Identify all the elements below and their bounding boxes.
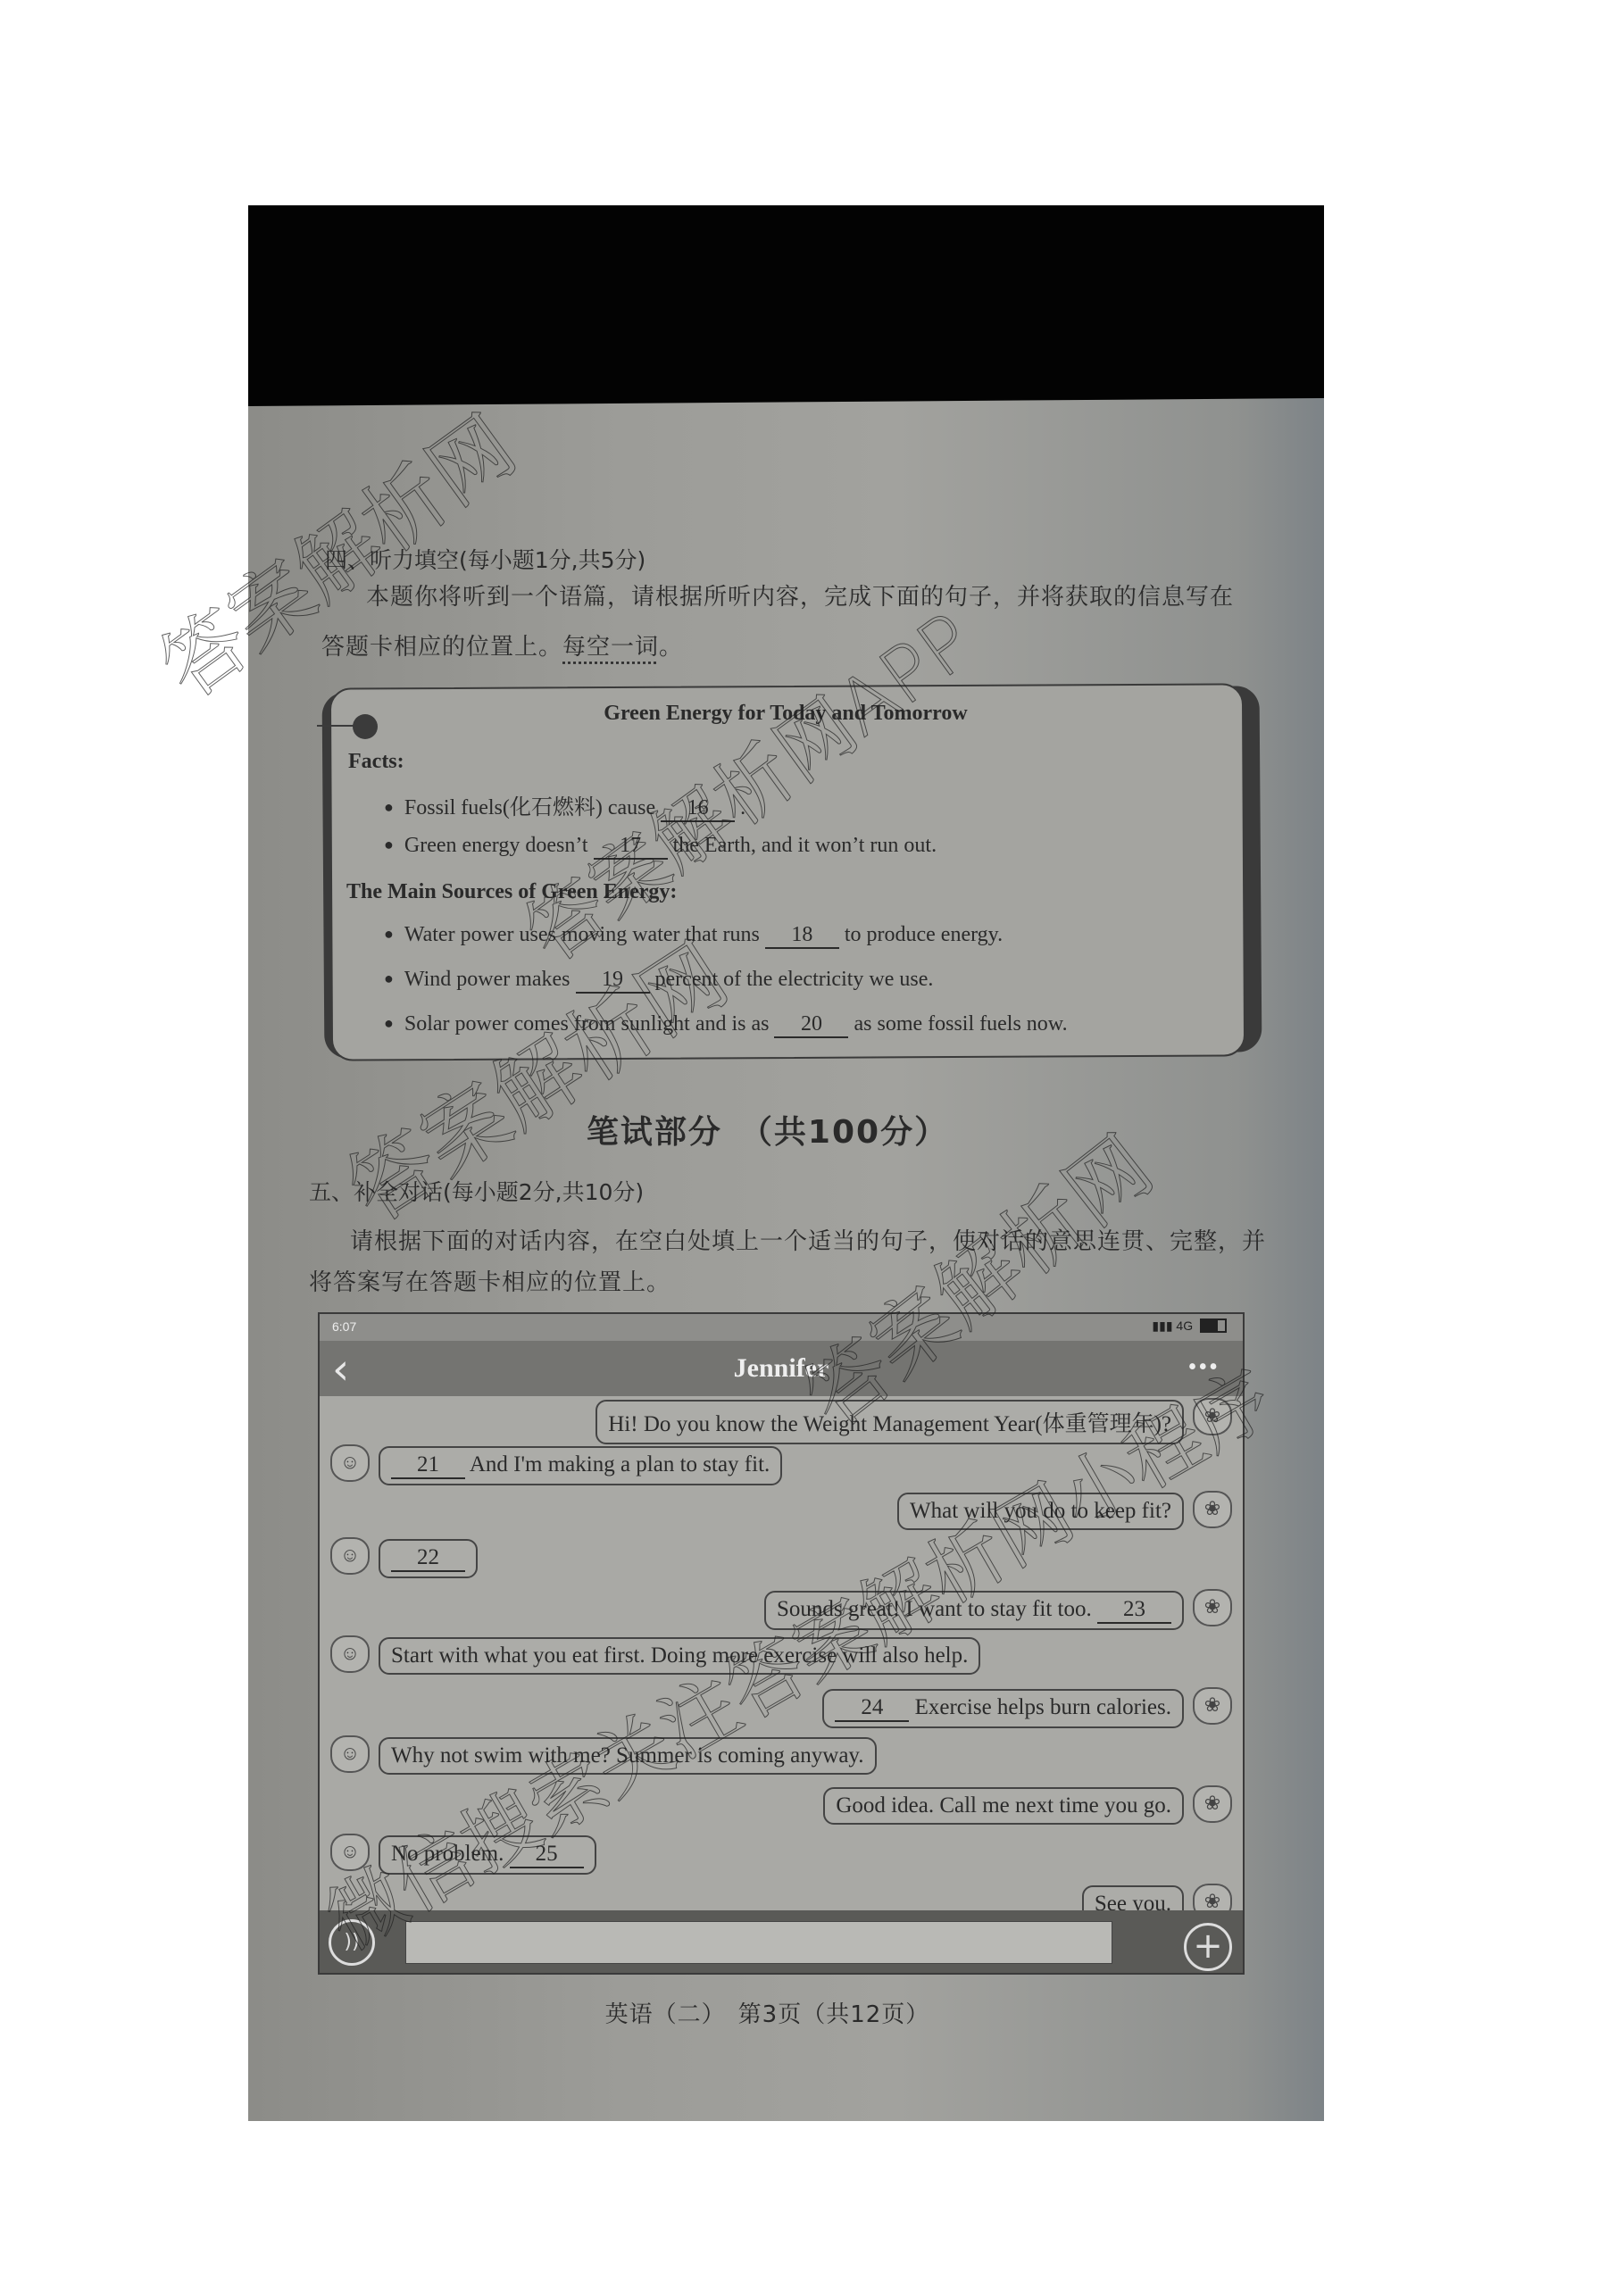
dark-background-band: [248, 205, 1324, 406]
fact-item: Fossil fuels(化石燃料) cause 16 .: [384, 789, 745, 822]
avatar-right-icon: ❀: [1193, 1398, 1232, 1435]
message-text: Hi! Do you know the Weight Management Ye…: [608, 1412, 1171, 1436]
source-item: Water power uses moving water that runs …: [384, 923, 1003, 949]
line-text: Green energy doesn’t: [404, 834, 594, 857]
facts-label: Facts:: [348, 750, 404, 774]
answer-blank: 16: [661, 796, 735, 822]
chat-message: Sounds great! I want to stay fit too. 23: [764, 1591, 1184, 1630]
chat-message: What will you do to keep fit?: [897, 1493, 1184, 1530]
message-text: No problem.: [391, 1842, 504, 1866]
message-text: Sounds great! I want to stay fit too.: [777, 1597, 1092, 1621]
message-text: Start with what you eat first. Doing mor…: [391, 1643, 968, 1668]
message-text: Why not swim with me? Summer is coming a…: [391, 1743, 864, 1768]
avatar-right-icon: ❀: [1193, 1687, 1232, 1725]
avatar-left-icon: ☺: [330, 1735, 370, 1773]
line-text: .: [735, 796, 745, 819]
answer-blank: 18: [765, 923, 839, 949]
answer-blank: 22: [391, 1545, 465, 1572]
avatar-right-icon: ❀: [1193, 1785, 1232, 1823]
avatar-left-icon: ☺: [330, 1444, 370, 1482]
notes-box: [329, 683, 1245, 1061]
battery-icon: [1200, 1319, 1227, 1333]
chat-message: 21 And I'm making a plan to stay fit.: [379, 1446, 782, 1485]
chat-message: 22: [379, 1539, 478, 1578]
section4-heading: 四、听力填空(每小题1分,共5分): [325, 543, 645, 575]
page-footer: 英语（二） 第3页（共12页）: [0, 1996, 1535, 2029]
notes-box-title: Green Energy for Today and Tomorrow: [330, 702, 1241, 726]
section5-instruction-line2: 将答案写在答题卡相应的位置上。: [309, 1264, 670, 1297]
section5-heading: 五、补全对话(每小题2分,共10分): [309, 1175, 644, 1207]
avatar-left-icon: ☺: [330, 1834, 370, 1871]
sources-label: The Main Sources of Green Energy:: [346, 880, 677, 904]
avatar-left-icon: ☺: [330, 1537, 370, 1575]
written-part-title: 笔试部分 （共100分）: [0, 1107, 1535, 1152]
answer-blank: 17: [594, 834, 668, 860]
chat-message: No problem. 25: [379, 1835, 596, 1875]
line-text: the Earth, and it won’t run out.: [668, 834, 937, 857]
line-text: to produce energy.: [839, 923, 1003, 946]
signal-icon: ▮▮▮: [1152, 1319, 1172, 1333]
phone-chat-screen: 6:07 ▮▮▮ 4G ‹ Jennifer ••• ❀Hi! Do you k…: [318, 1312, 1245, 1975]
avatar-right-icon: ❀: [1193, 1491, 1232, 1528]
message-text: Good idea. Call me next time you go.: [836, 1793, 1171, 1818]
status-indicators: ▮▮▮ 4G: [1152, 1319, 1227, 1334]
answer-blank: 21: [391, 1452, 465, 1479]
plus-icon[interactable]: +: [1184, 1923, 1232, 1971]
message-input[interactable]: [405, 1921, 1112, 1964]
answer-blank: 23: [1097, 1597, 1171, 1624]
line-text: Wind power makes: [404, 968, 576, 991]
line-text: Fossil fuels(化石燃料) cause: [404, 796, 661, 819]
status-time: 6:07: [332, 1319, 356, 1334]
line-text: percent of the electricity we use.: [650, 968, 934, 991]
fact-item: Green energy doesn’t 17 the Earth, and i…: [384, 834, 937, 860]
message-text: Exercise helps burn calories.: [915, 1695, 1171, 1719]
answer-blank: 19: [576, 968, 650, 994]
section5-instruction-line1: 请根据下面的对话内容，在空白处填上一个适当的句子，使对话的意思连贯、完整，并: [350, 1223, 1266, 1256]
instruction-text: 答题卡相应的位置上。: [321, 634, 562, 661]
section4-instruction-line2: 答题卡相应的位置上。每空一词。: [321, 628, 683, 661]
avatar-left-icon: ☺: [330, 1635, 370, 1673]
chat-message: Hi! Do you know the Weight Management Ye…: [595, 1400, 1184, 1444]
chat-header: ‹ Jennifer •••: [320, 1341, 1243, 1396]
message-text: What will you do to keep fit?: [910, 1499, 1171, 1523]
chat-message: 24 Exercise helps burn calories.: [822, 1689, 1184, 1728]
answer-blank: 20: [774, 1012, 848, 1038]
line-text: as some fossil fuels now.: [848, 1012, 1067, 1036]
message-text: And I'm making a plan to stay fit.: [470, 1452, 770, 1477]
contact-name: Jennifer: [320, 1353, 1243, 1384]
avatar-right-icon: ❀: [1193, 1589, 1232, 1626]
ellipsis-icon[interactable]: •••: [1188, 1353, 1220, 1382]
answer-blank: 24: [835, 1695, 909, 1722]
chat-input-bar: )) +: [320, 1910, 1243, 1973]
source-item: Solar power comes from sunlight and is a…: [384, 1012, 1068, 1038]
chat-message: Start with what you eat first. Doing mor…: [379, 1637, 980, 1675]
line-text: Solar power comes from sunlight and is a…: [404, 1012, 775, 1036]
chat-message: Why not swim with me? Summer is coming a…: [379, 1737, 877, 1775]
voice-icon[interactable]: )): [329, 1919, 375, 1966]
chat-message: Good idea. Call me next time you go.: [823, 1787, 1184, 1825]
instruction-suffix: 。: [659, 634, 683, 661]
line-text: Water power uses moving water that runs: [404, 923, 765, 946]
section4-instruction-line1: 本题你将听到一个语篇，请根据所听内容，完成下面的句子，并将获取的信息写在: [366, 578, 1234, 611]
answer-blank: 25: [510, 1842, 584, 1868]
network-label: 4G: [1176, 1319, 1193, 1333]
status-bar: 6:07 ▮▮▮ 4G: [320, 1314, 1243, 1341]
emphasis-text: 每空一词: [562, 634, 659, 661]
source-item: Wind power makes 19 percent of the elect…: [384, 968, 933, 994]
